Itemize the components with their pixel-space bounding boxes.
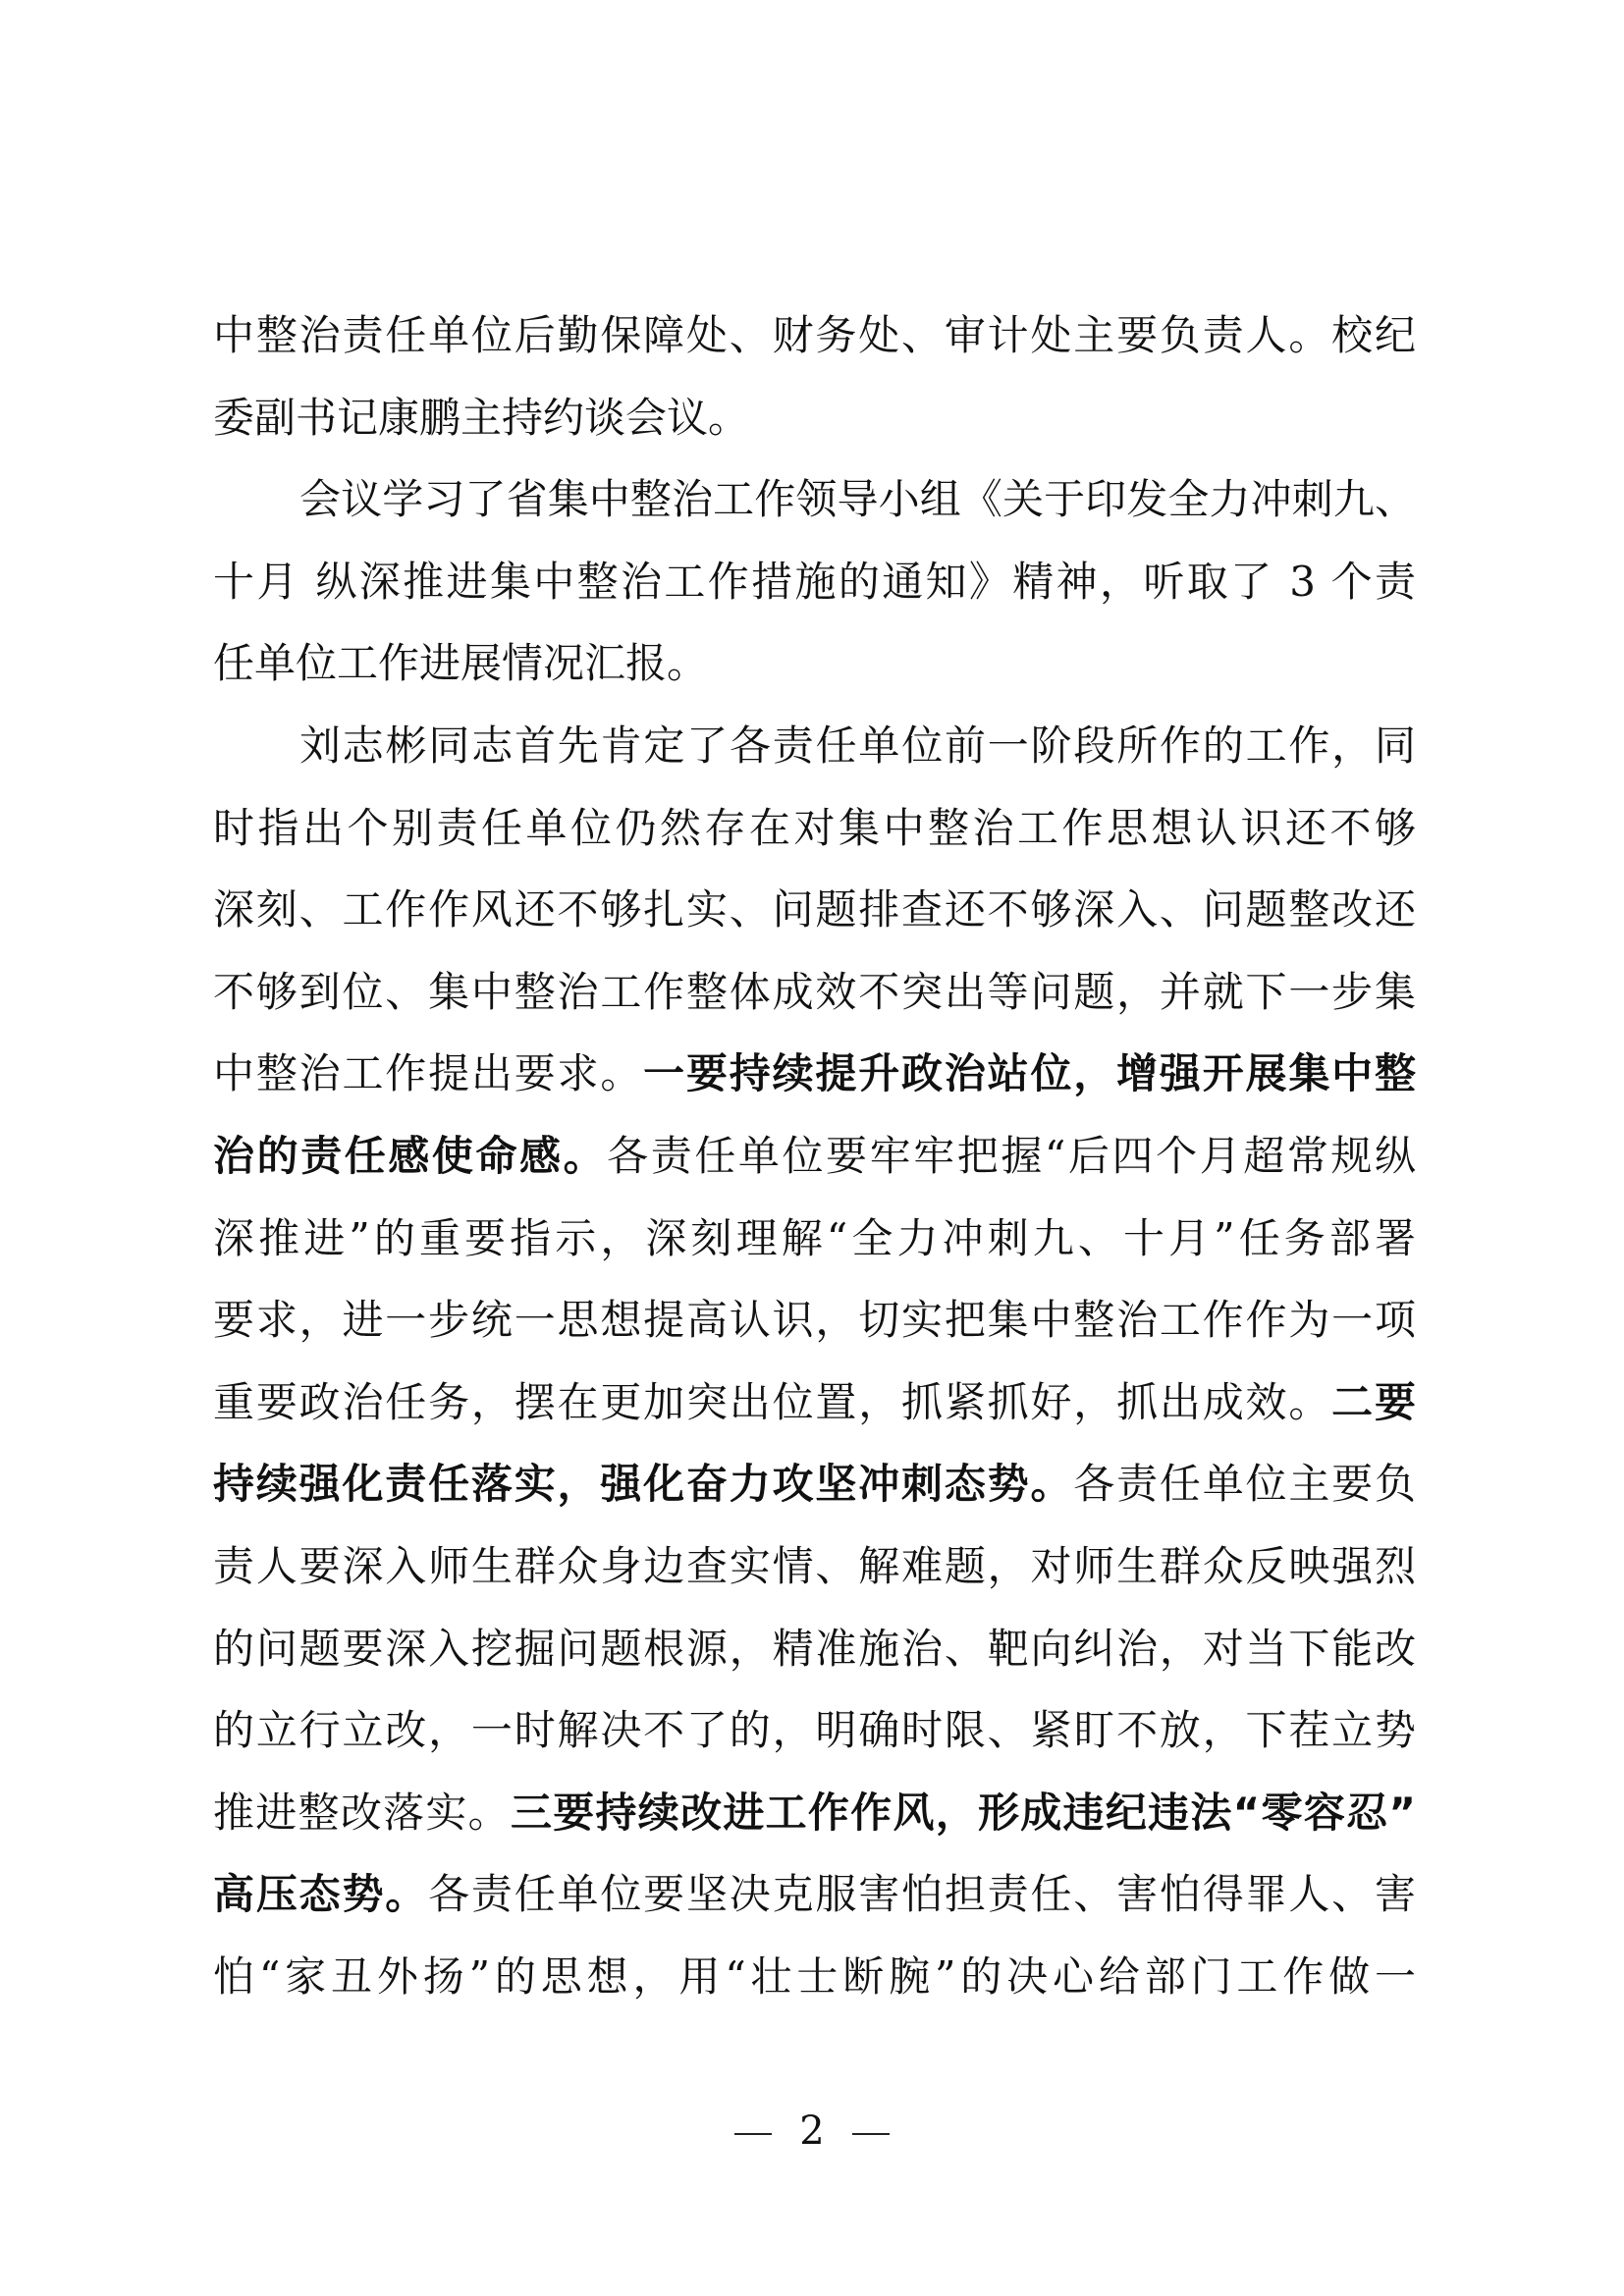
body-text-run: 中整治责任单位后勤保障处、财务处、审计处主要负责人。校纪: [213, 311, 1416, 359]
text-line: 治的责任感使命感。各责任单位要牢牢把握“后四个月超常规纵: [213, 1115, 1416, 1198]
bold-emphasis-text: 三要持续改进工作作风，形成违纪违法“零容忍”: [511, 1789, 1416, 1837]
body-text-run: 的问题要深入挖掘问题根源，精准施治、靶向纠治，对当下能改: [213, 1625, 1416, 1673]
body-text-run: 不够到位、集中整治工作整体成效不突出等问题，并就下一步集: [213, 968, 1416, 1016]
body-text-run: 各责任单位主要负: [1073, 1460, 1416, 1508]
body-text-run: 深刻、工作作风还不够扎实、问题排查还不够深入、问题整改还: [213, 885, 1416, 934]
body-text-run: 时指出个别责任单位仍然存在对集中整治工作思想认识还不够: [213, 804, 1416, 852]
bold-emphasis-text: 治的责任感使命感。: [213, 1132, 607, 1180]
body-text-run: 各责任单位要牢牢把握“后四个月超常规纵: [607, 1132, 1416, 1180]
text-line: 怕“家丑外扬”的思想，用“壮士断腕”的决心给部门工作做一: [213, 1936, 1416, 2018]
text-line: 责人要深入师生群众身边查实情、解难题，对师生群众反映强烈: [213, 1525, 1416, 1608]
body-text-run: 责人要深入师生群众身边查实情、解难题，对师生群众反映强烈: [213, 1542, 1416, 1590]
body-text-run: 刘志彬同志首先肯定了各责任单位前一阶段所作的工作，同: [299, 721, 1416, 770]
document-page: 中整治责任单位后勤保障处、财务处、审计处主要负责人。校纪委副书记康鹏主持约谈会议…: [0, 0, 1624, 2296]
page-number-dash-left: [734, 2133, 772, 2135]
text-line: 委副书记康鹏主持约谈会议。: [213, 377, 1416, 459]
bold-emphasis-text: 二要: [1331, 1378, 1416, 1426]
text-line: 的立行立改，一时解决不了的，明确时限、紧盯不放，下茬立势: [213, 1689, 1416, 1772]
text-line: 中整治责任单位后勤保障处、财务处、审计处主要负责人。校纪: [213, 294, 1416, 377]
bold-emphasis-text: 一要持续提升政治站位，增强开展集中整: [643, 1049, 1416, 1097]
text-line: 推进整改落实。三要持续改进工作作风，形成违纪违法“零容忍”: [213, 1772, 1416, 1854]
body-text-run: 会议学习了省集中整治工作领导小组《关于印发全力冲刺九、: [299, 475, 1416, 523]
text-line: 任单位工作进展情况汇报。: [213, 622, 1416, 705]
body-text-run: 各责任单位要坚决克服害怕担责任、害怕得罪人、害: [428, 1870, 1416, 1918]
body-text-run: 重要政治任务，摆在更加突出位置，抓紧抓好，抓出成效。: [213, 1378, 1331, 1426]
text-line: 的问题要深入挖掘问题根源，精准施治、靶向纠治，对当下能改: [213, 1608, 1416, 1690]
body-text-run: 的立行立改，一时解决不了的，明确时限、紧盯不放，下茬立势: [213, 1706, 1416, 1754]
body-text-run: 怕“家丑外扬”的思想，用“壮士断腕”的决心给部门工作做一: [213, 1952, 1416, 2001]
text-line: 十月 纵深推进集中整治工作措施的通知》精神，听取了 3 个责: [213, 541, 1416, 623]
bold-emphasis-text: 持续强化责任落实，强化奋力攻坚冲刺态势。: [213, 1460, 1073, 1508]
page-number-footer: 2: [0, 2109, 1624, 2154]
text-line: 刘志彬同志首先肯定了各责任单位前一阶段所作的工作，同: [213, 705, 1416, 787]
page-number-dash-right: [852, 2133, 890, 2135]
text-line: 高压态势。各责任单位要坚决克服害怕担责任、害怕得罪人、害: [213, 1853, 1416, 1936]
text-line: 时指出个别责任单位仍然存在对集中整治工作思想认识还不够: [213, 787, 1416, 870]
body-text-run: 委副书记康鹏主持约谈会议。: [213, 394, 749, 442]
body-text-run: 任单位工作进展情况汇报。: [213, 639, 708, 687]
body-text-run: 推进整改落实。: [213, 1789, 511, 1837]
text-line: 要求，进一步统一思想提高认识，切实把集中整治工作作为一项: [213, 1279, 1416, 1362]
text-line: 会议学习了省集中整治工作领导小组《关于印发全力冲刺九、: [213, 458, 1416, 541]
text-line: 中整治工作提出要求。一要持续提升政治站位，增强开展集中整: [213, 1033, 1416, 1115]
text-line: 不够到位、集中整治工作整体成效不突出等问题，并就下一步集: [213, 951, 1416, 1034]
bold-emphasis-text: 高压态势。: [213, 1870, 428, 1918]
text-line: 持续强化责任落实，强化奋力攻坚冲刺态势。各责任单位主要负: [213, 1443, 1416, 1525]
body-text-run: 深推进”的重要指示，深刻理解“全力冲刺九、十月”任务部署: [213, 1214, 1416, 1262]
body-text-run: 十月 纵深推进集中整治工作措施的通知》精神，听取了 3 个责: [213, 558, 1416, 606]
text-line: 重要政治任务，摆在更加突出位置，抓紧抓好，抓出成效。二要: [213, 1362, 1416, 1444]
body-text-run: 中整治工作提出要求。: [213, 1049, 643, 1097]
text-line: 深刻、工作作风还不够扎实、问题排查还不够深入、问题整改还: [213, 869, 1416, 951]
body-text-run: 要求，进一步统一思想提高认识，切实把集中整治工作作为一项: [213, 1296, 1416, 1344]
text-line: 深推进”的重要指示，深刻理解“全力冲刺九、十月”任务部署: [213, 1198, 1416, 1280]
page-number: 2: [799, 2109, 824, 2154]
